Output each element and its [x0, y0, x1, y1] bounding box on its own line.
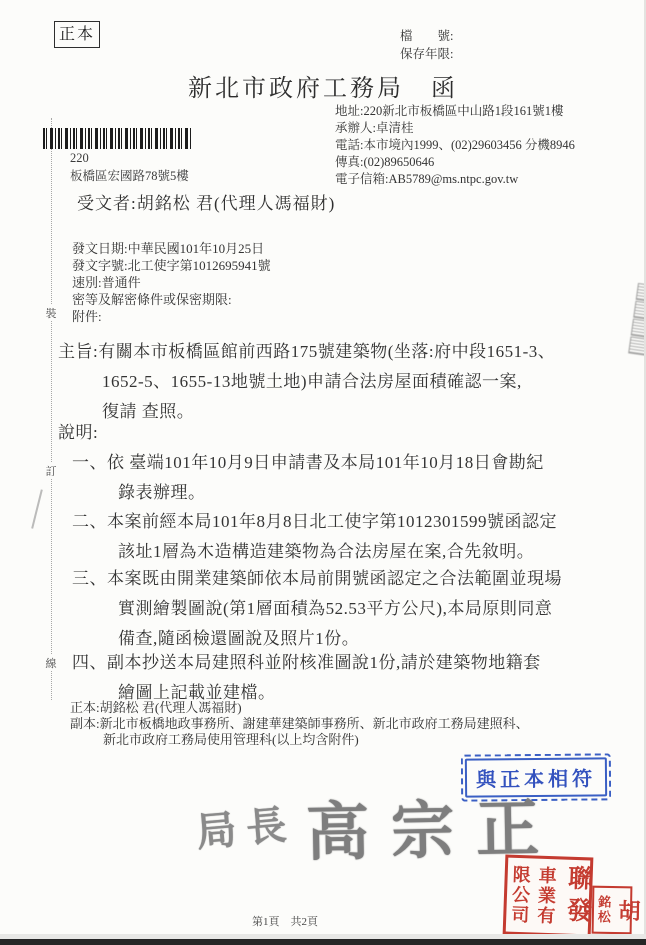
personal-seal-column: 銘松 — [594, 888, 614, 932]
binding-dotted-line — [51, 118, 52, 700]
distribution-copies: 新北市政府工務局使用管理科(以上均含附件) — [103, 729, 359, 748]
explanation-item-4: 四、副本抄送本局建照科並附核准圖說1份,請於建築物地籍套 — [72, 648, 541, 673]
explanation-item-3: 三、本案既由開業建築師依本局前開號函認定之合法範圍並現場 — [72, 564, 562, 589]
agency-fax: 傳真:(02)89650646 — [335, 152, 434, 170]
subject-line: 復請 查照。 — [102, 397, 194, 422]
scan-edge-bottom-bar — [0, 939, 646, 945]
mailing-zip: 220 — [70, 151, 89, 166]
agency-email: 電子信箱:AB5789@ms.ntpc.gov.tw — [335, 169, 518, 187]
margin-mark-binding: 裝 — [43, 305, 59, 321]
page-number: 第1頁 共2頁 — [0, 913, 570, 929]
copy-type-box: 正本 — [54, 21, 100, 48]
personal-seal-column: 胡 — [613, 888, 645, 933]
agency-officer: 承辦人:卓清桂 — [335, 118, 413, 136]
retention-period-label: 保存年限: — [400, 44, 453, 62]
explanation-item-1: 一、依 臺端101年10月9日申請書及本局101年10月18日會勘紀 — [72, 448, 544, 473]
explanation-item-2: 該址1層為木造構造建築物為合法房屋在案,合先敘明。 — [118, 537, 534, 562]
margin-mark-staple: 訂 — [43, 463, 59, 479]
scan-stray-mark — [31, 489, 42, 528]
meta-attachment: 附件: — [72, 306, 102, 325]
agency-address: 地址:220新北市板橋區中山路1段161號1樓 — [335, 101, 563, 119]
explanation-item-1: 錄表辦理。 — [118, 478, 206, 503]
subject-line: 1652-5、1655-13地號土地)申請合法房屋面積確認一案, — [102, 367, 522, 392]
personal-name-seal: 胡 銘松 — [592, 886, 633, 935]
margin-mark-line: 線 — [43, 655, 59, 671]
recipient-line: 受文者:胡銘松 君(代理人馮福財) — [77, 189, 335, 214]
subject-line: 主旨:有關本市板橋區館前西路175號建築物(坐落:府中段1651-3、 — [58, 337, 555, 362]
document-title: 新北市政府工務局 函 — [0, 68, 646, 103]
explanation-heading: 說明: — [58, 418, 98, 443]
barcode — [43, 128, 191, 149]
explanation-item-3: 備查,隨函檢還圖說及照片1份。 — [118, 624, 359, 649]
explanation-item-3: 實測繪製圖說(第1層面積為52.53平方公尺),本局原則同意 — [118, 594, 552, 619]
scanned-official-letter: 裝 訂 線 正本 檔 號: 保存年限: 新北市政府工務局 函 地址:220新北市… — [0, 0, 646, 945]
file-number-label: 檔 號: — [400, 26, 453, 44]
explanation-item-2: 二、本案前經本局101年8月8日北工使字第1012301599號函認定 — [72, 507, 557, 532]
mailing-street: 板橋區宏國路78號5樓 — [70, 166, 189, 184]
signature-title: 局長 — [194, 793, 299, 858]
agency-phone: 電話:本市境內1999、(02)29603456 分機8946 — [335, 135, 575, 153]
